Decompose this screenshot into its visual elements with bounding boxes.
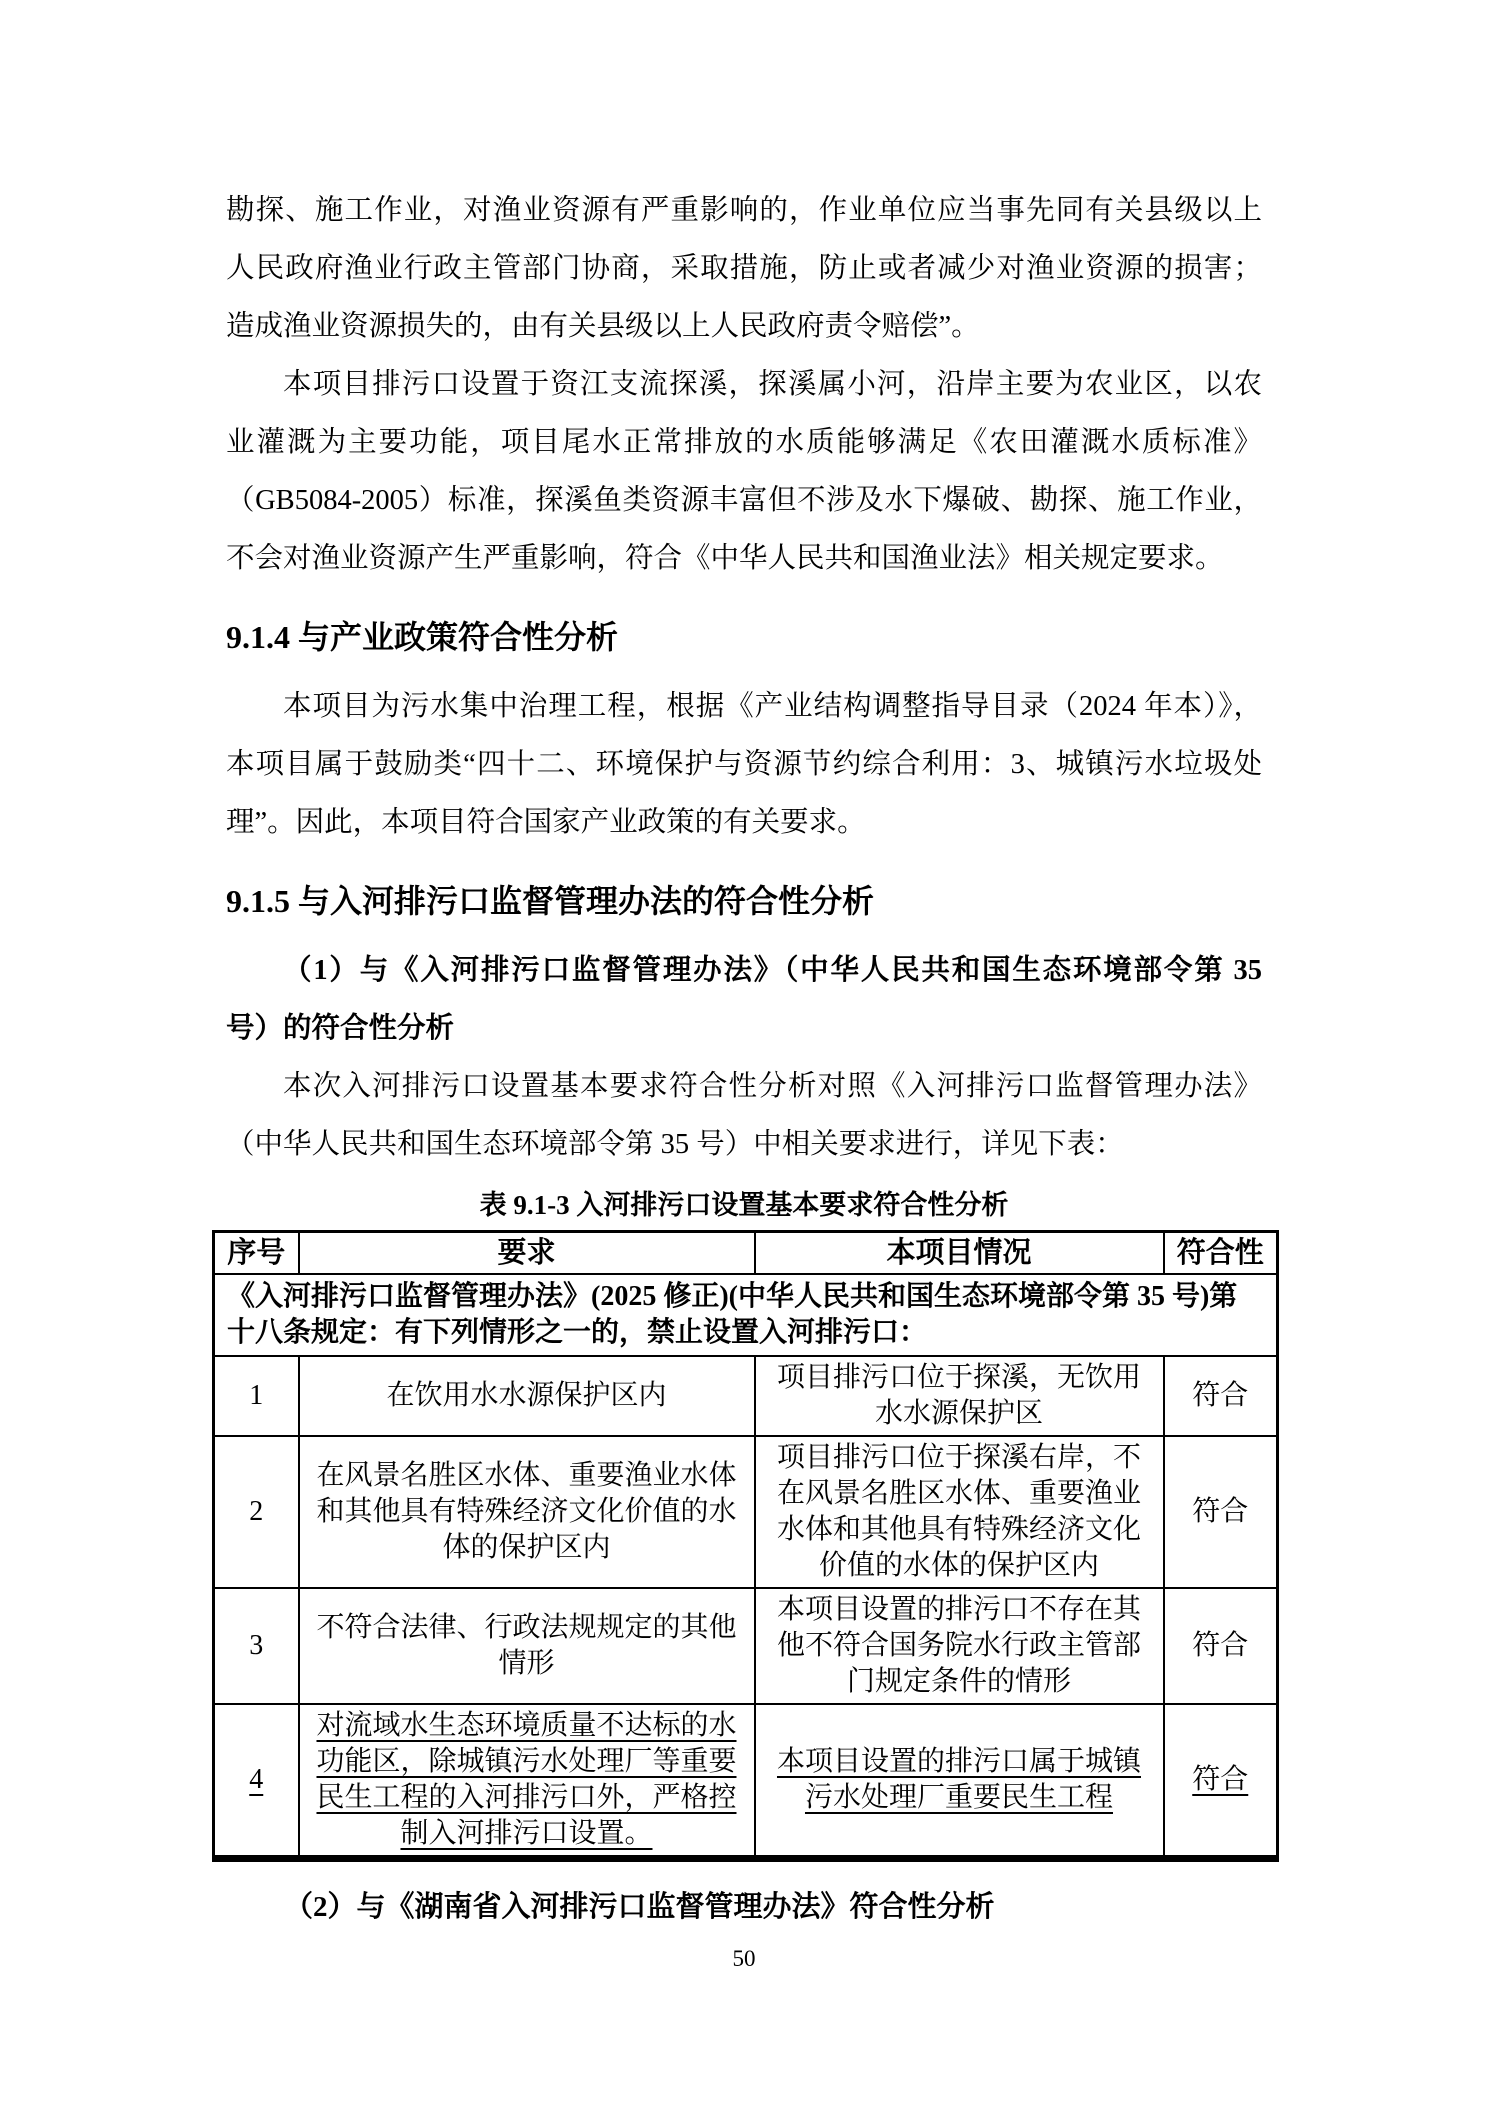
text-line: 造成渔业资源损失的，由有关县级以上人民政府责令赔偿”。 <box>226 298 1262 356</box>
table-row: 3不符合法律、行政法规规定的其他情形本项目设置的排污口不存在其他不符合国务院水行… <box>214 1588 1278 1704</box>
column-header-compliance: 符合性 <box>1164 1232 1278 1275</box>
page-number: 50 <box>0 1946 1488 1972</box>
text-line: 本次入河排污口设置基本要求符合性分析对照《入河排污口监督管理办法》 <box>226 1058 1262 1116</box>
text-line: （1）与《入河排污口监督管理办法》（中华人民共和国生态环境部令第 35 <box>226 942 1262 1000</box>
table-row: 1在饮用水水源保护区内项目排污口位于探溪，无饮用水水源保护区符合 <box>214 1356 1278 1436</box>
row-requirement: 在饮用水水源保护区内 <box>299 1356 755 1436</box>
paragraph-table-intro: 本次入河排污口设置基本要求符合性分析对照《入河排污口监督管理办法》（中华人民共和… <box>226 1058 1262 1174</box>
row-requirement: 对流域水生态环境质量不达标的水功能区，除城镇污水处理厂等重要民生工程的入河排污口… <box>299 1704 755 1859</box>
subheading-2-hunan: （2）与《湖南省入河排污口监督管理办法》符合性分析 <box>226 1878 1262 1936</box>
paragraph-fisheries-law-continued: 勘探、施工作业，对渔业资源有严重影响的，作业单位应当事先同有关县级以上人民政府渔… <box>226 182 1262 356</box>
table-note-row: 《入河排污口监督管理办法》(2025 修正)(中华人民共和国生态环境部令第 35… <box>214 1274 1278 1356</box>
subheading-1-measures: （1）与《入河排污口监督管理办法》（中华人民共和国生态环境部令第 35号）的符合… <box>226 942 1262 1058</box>
table-caption: 表 9.1-3 入河排污口设置基本要求符合性分析 <box>226 1186 1262 1224</box>
table-header-row: 序号 要求 本项目情况 符合性 <box>214 1232 1278 1275</box>
text-line: 本项目排污口设置于资江支流探溪，探溪属小河，沿岸主要为农业区，以农 <box>226 356 1262 414</box>
document-page: 勘探、施工作业，对渔业资源有严重影响的，作业单位应当事先同有关县级以上人民政府渔… <box>0 0 1488 2104</box>
row-situation: 本项目设置的排污口不存在其他不符合国务院水行政主管部门规定条件的情形 <box>755 1588 1164 1704</box>
row-situation: 项目排污口位于探溪，无饮用水水源保护区 <box>755 1356 1164 1436</box>
text-line: 理”。因此，本项目符合国家产业政策的有关要求。 <box>226 794 1262 852</box>
text-line: 本项目为污水集中治理工程，根据《产业结构调整指导目录（2024 年本）》， <box>226 678 1262 736</box>
paragraph-industrial-policy: 本项目为污水集中治理工程，根据《产业结构调整指导目录（2024 年本）》，本项目… <box>226 678 1262 852</box>
row-requirement: 在风景名胜区水体、重要渔业水体和其他具有特殊经济文化价值的水体的保护区内 <box>299 1436 755 1588</box>
column-header-no: 序号 <box>214 1232 299 1275</box>
page-content: 勘探、施工作业，对渔业资源有严重影响的，作业单位应当事先同有关县级以上人民政府渔… <box>226 182 1262 1936</box>
row-no: 1 <box>214 1356 299 1436</box>
row-requirement: 不符合法律、行政法规规定的其他情形 <box>299 1588 755 1704</box>
heading-9-1-5: 9.1.5 与入河排污口监督管理办法的符合性分析 <box>226 880 1262 922</box>
row-no: 2 <box>214 1436 299 1588</box>
row-compliance: 符合 <box>1164 1704 1278 1859</box>
text-line: 不会对渔业资源产生严重影响，符合《中华人民共和国渔业法》相关规定要求。 <box>226 530 1262 588</box>
compliance-table: 序号 要求 本项目情况 符合性 《入河排污口监督管理办法》(2025 修正)(中… <box>212 1230 1279 1862</box>
table-row: 4对流域水生态环境质量不达标的水功能区，除城镇污水处理厂等重要民生工程的入河排污… <box>214 1704 1278 1859</box>
text-line: 勘探、施工作业，对渔业资源有严重影响的，作业单位应当事先同有关县级以上 <box>226 182 1262 240</box>
text-line: （中华人民共和国生态环境部令第 35 号）中相关要求进行，详见下表： <box>226 1116 1262 1174</box>
paragraph-outfall-location: 本项目排污口设置于资江支流探溪，探溪属小河，沿岸主要为农业区，以农业灌溉为主要功… <box>226 356 1262 588</box>
heading-9-1-4: 9.1.4 与产业政策符合性分析 <box>226 616 1262 658</box>
column-header-situation: 本项目情况 <box>755 1232 1164 1275</box>
row-situation: 项目排污口位于探溪右岸，不在风景名胜区水体、重要渔业水体和其他具有特殊经济文化价… <box>755 1436 1164 1588</box>
row-compliance: 符合 <box>1164 1436 1278 1588</box>
text-line: 人民政府渔业行政主管部门协商，采取措施，防止或者减少对渔业资源的损害； <box>226 240 1262 298</box>
text-line: 号）的符合性分析 <box>226 1000 1262 1058</box>
table-note: 《入河排污口监督管理办法》(2025 修正)(中华人民共和国生态环境部令第 35… <box>214 1274 1278 1356</box>
row-no: 4 <box>214 1704 299 1859</box>
text-line: 业灌溉为主要功能，项目尾水正常排放的水质能够满足《农田灌溉水质标准》 <box>226 414 1262 472</box>
table-body: 《入河排污口监督管理办法》(2025 修正)(中华人民共和国生态环境部令第 35… <box>214 1274 1278 1859</box>
row-compliance: 符合 <box>1164 1588 1278 1704</box>
column-header-requirement: 要求 <box>299 1232 755 1275</box>
row-compliance: 符合 <box>1164 1356 1278 1436</box>
text-line: 本项目属于鼓励类“四十二、环境保护与资源节约综合利用：3、城镇污水垃圾处 <box>226 736 1262 794</box>
table-row: 2在风景名胜区水体、重要渔业水体和其他具有特殊经济文化价值的水体的保护区内项目排… <box>214 1436 1278 1588</box>
row-situation: 本项目设置的排污口属于城镇污水处理厂重要民生工程 <box>755 1704 1164 1859</box>
row-no: 3 <box>214 1588 299 1704</box>
text-line: （GB5084-2005）标准，探溪鱼类资源丰富但不涉及水下爆破、勘探、施工作业… <box>226 472 1262 530</box>
